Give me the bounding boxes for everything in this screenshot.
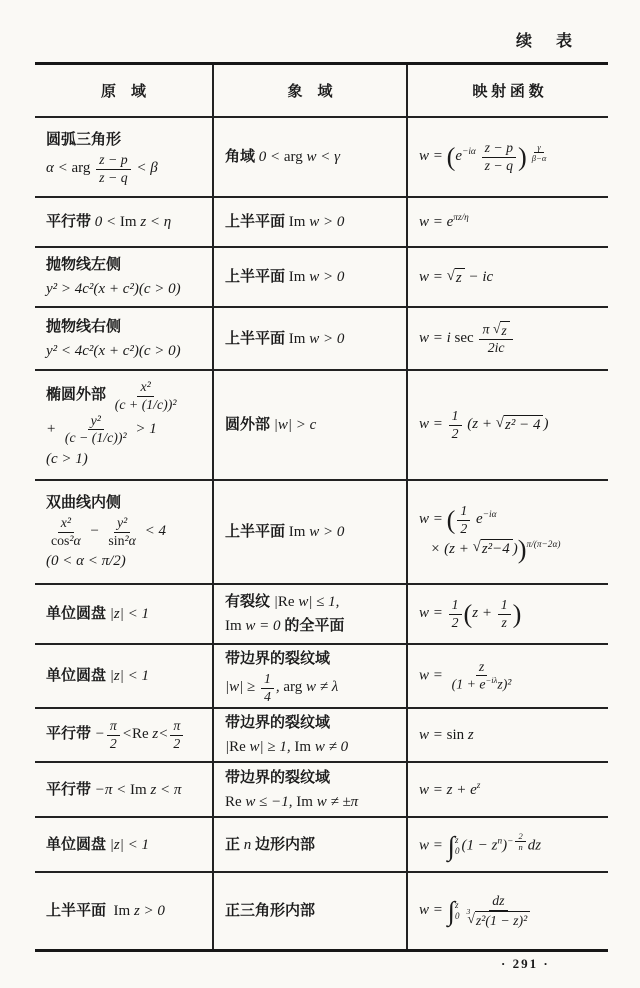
math-text: 1 (452, 597, 459, 612)
column-header-label: 映 射 函 数 (472, 80, 543, 101)
column-header-label: 象 域 (287, 80, 332, 101)
math-text: n (518, 842, 522, 852)
cell-content: 双曲线内侧x²cos²α − y²sin²α < 4(0 < α < π/2) (46, 491, 166, 573)
fraction: 12 (457, 503, 470, 537)
cell-content: 带边界的裂纹域|w| ≥ 14, arg w ≠ λ (225, 647, 338, 705)
superscript: π/(π−2α) (527, 540, 561, 550)
text: 单位圆盘 (46, 668, 110, 684)
math-text: + (46, 421, 60, 437)
fraction: dz3√z²(1 − z)² (464, 893, 534, 929)
cell-content: w = ∫z0dz3√z²(1 − z)² (419, 893, 535, 929)
cell-original-domain: 双曲线内侧x²cos²α − y²sin²α < 4(0 < α < π/2) (35, 481, 212, 585)
math-text: 2 (173, 736, 180, 751)
integral: ∫z0 (448, 900, 460, 923)
math-text: < 4 (141, 523, 166, 539)
cell-image-domain: 角域 0 < arg w < γ (212, 118, 406, 198)
math-roman: Im (296, 794, 316, 810)
math-text: ²α (69, 533, 80, 548)
cell-content: w = 12(z + 1z) (419, 597, 521, 631)
continued-table-label: 续 表 (516, 28, 582, 51)
math-text: β−α (532, 153, 547, 163)
math-text: w ≠ λ (306, 679, 338, 695)
cell-content: w = √z − ic (419, 265, 493, 289)
math-text: |z| < 1 (110, 837, 149, 853)
math-text: z (501, 323, 506, 338)
text: 的全平面 (284, 618, 344, 634)
math-text: z²−4 (482, 541, 510, 557)
math-text: (c + (1/c))² (115, 397, 177, 412)
text: 上半平面 (225, 331, 289, 347)
math-text: −iα (462, 147, 476, 157)
cell-content: 平行带 0 < Im z < η (46, 210, 171, 234)
math-text: 1 (452, 408, 459, 423)
math-text: −iα (483, 510, 497, 520)
math-text: z²(1 − z)² (476, 913, 527, 928)
fraction: y²(c − (1/c))² (62, 413, 130, 447)
cell-content: w = 12 (z + √z² − 4) (419, 408, 548, 442)
superscript: −iα (462, 147, 476, 157)
text: 角域 (225, 149, 259, 165)
cell-image-domain: 有裂纹 |Re w| ≤ 1,Im w = 0 的全平面 (212, 585, 406, 645)
cell-mapping-function: w = sin z (406, 709, 608, 763)
math-text: z)² (497, 677, 511, 692)
math-text: w > 0 (309, 331, 344, 347)
math-text: γ (537, 142, 540, 152)
cell-mapping-function: w = z + ez (406, 763, 608, 818)
text: 带边界的裂纹域 (225, 651, 330, 667)
cell-content: w = (e−iα z − pz − q)γβ−α (419, 140, 551, 174)
math-text: − (95, 726, 105, 742)
math-roman: Im (289, 331, 309, 347)
text: 双曲线内侧 (46, 495, 121, 511)
cell-content: w = ∫z0(1 − zn)−2ndz (419, 831, 541, 858)
math-text: w < γ (307, 149, 341, 165)
math-text: 1 (501, 597, 508, 612)
text: 平行带 (46, 726, 95, 742)
math-text: π (482, 321, 492, 336)
math-text: |w| > c (274, 417, 317, 433)
column-header: 象 域 (212, 65, 406, 118)
cell-content: w = z + ez (419, 778, 480, 802)
text: 有裂纹 (225, 594, 274, 610)
math-roman: Im (114, 903, 134, 919)
math-text: (1 − z (462, 838, 498, 854)
fraction: x²(c + (1/c))² (112, 379, 180, 413)
math-text: w = (419, 148, 447, 164)
math-text: z − p (99, 152, 127, 167)
paren: ) (513, 600, 522, 629)
math-text: × (z + (419, 541, 473, 557)
text: 带边界的裂纹域 (225, 715, 330, 731)
math-text: < β (133, 160, 158, 176)
cell-image-domain: 上半平面 Im w > 0 (212, 198, 406, 248)
math-text: |z| < 1 (110, 668, 149, 684)
page-number: · 291 · (501, 956, 550, 972)
math-text: (z + (464, 416, 496, 432)
fraction: 14 (261, 671, 274, 705)
superscript: −iα (483, 510, 497, 520)
cell-mapping-function: w = eπz/η (406, 198, 608, 248)
math-text: ²α (125, 533, 136, 548)
radical: √z² − 4 (496, 415, 544, 435)
cell-content: 圆弧三角形α < arg z − pz − q < β (46, 128, 158, 186)
math-text: 4 (264, 689, 271, 704)
cell-image-domain: 上半平面 Im w > 0 (212, 308, 406, 371)
math-text: z > 0 (134, 903, 165, 919)
cell-original-domain: 平行带 −π < Im z < π (35, 763, 212, 818)
math-text: z² − 4 (505, 417, 540, 433)
math-roman: sin (447, 727, 468, 743)
math-text: x² (61, 515, 71, 530)
text: 平行带 (46, 214, 95, 230)
math-text: dz (528, 838, 541, 854)
math-text: 2 (460, 521, 467, 536)
math-text: w| ≤ 1, (298, 594, 339, 610)
math-text: 0 < (259, 149, 284, 165)
math-text: (0 < α < π/2) (46, 553, 126, 569)
cell-content: w = (12 e−iα × (z + √z²−4))π/(π−2α) (419, 503, 560, 561)
cell-content: 抛物线左侧y² > 4c²(x + c²)(c > 0) (46, 253, 181, 301)
superscript: γβ−α (527, 147, 552, 157)
text: 上半平面 (46, 903, 114, 919)
cell-original-domain: 抛物线右侧y² < 4c²(x + c²)(c > 0) (35, 308, 212, 371)
math-text: (c − (1/c))² (65, 430, 127, 445)
cell-original-domain: 上半平面 Im z > 0 (35, 873, 212, 949)
math-text: 2 (452, 426, 459, 441)
cell-mapping-function: w = √z − ic (406, 248, 608, 308)
text: 抛物线左侧 (46, 257, 121, 273)
column-header: 映 射 函 数 (406, 65, 608, 118)
fraction: π2 (170, 718, 183, 752)
math-text: ) (543, 416, 548, 432)
cell-image-domain: 上半平面 Im w > 0 (212, 248, 406, 308)
math-roman: Im (130, 782, 150, 798)
math-text: w ≠ 0 (315, 739, 348, 755)
math-text: z (468, 727, 474, 743)
math-text: π/(π−2α) (527, 540, 561, 550)
cell-content: 单位圆盘 |z| < 1 (46, 602, 149, 626)
math-text: dz (492, 893, 504, 908)
cell-content: 上半平面 Im w > 0 (225, 327, 344, 351)
paren: ) (518, 143, 527, 172)
math-text: w ≤ −1, (245, 794, 296, 810)
math-text: πz/η (453, 213, 468, 223)
fraction: z(1 + e−iλz)² (449, 659, 515, 693)
cell-content: w = sin z (419, 723, 474, 747)
math-text: y² < 4c²(x + c²)(c > 0) (46, 343, 181, 359)
math-text: z + (472, 605, 495, 621)
cell-original-domain: 平行带 −π2<Re z<π2 (35, 709, 212, 763)
math-text: z − p (485, 140, 513, 155)
math-text: w = (419, 416, 447, 432)
fraction: 12 (449, 597, 462, 631)
math-text: 2 (452, 615, 459, 630)
math-text: (1 + e (452, 677, 486, 692)
text: 上半平面 (225, 214, 289, 230)
math-text: w = (419, 269, 447, 285)
math-text: y² (91, 413, 101, 428)
math-text: α < (46, 160, 72, 176)
fraction: x²cos²α (48, 515, 84, 549)
math-roman: sec (455, 330, 478, 346)
scanned-book-page: { "page": { "continued_label": "续 表", "p… (0, 0, 640, 988)
cell-original-domain: 平行带 0 < Im z < η (35, 198, 212, 248)
text: 单位圆盘 (46, 606, 110, 622)
math-text: w = e (419, 214, 453, 230)
cell-mapping-function: w = (e−iα z − pz − q)γβ−α (406, 118, 608, 198)
math-text: z (456, 270, 462, 286)
math-roman: Im (225, 618, 245, 634)
math-text: x² (140, 379, 150, 394)
math-text: −iλ (485, 675, 497, 685)
cell-original-domain: 单位圆盘 |z| < 1 (35, 645, 212, 709)
integral: ∫z0 (448, 835, 460, 858)
cell-content: 平行带 −π2<Re z<π2 (46, 718, 185, 752)
math-text: e (472, 511, 482, 527)
math-text: < (122, 726, 132, 742)
math-text: |w| ≥ (225, 679, 259, 695)
cell-content: 单位圆盘 |z| < 1 (46, 833, 149, 857)
math-roman: Re (132, 726, 152, 742)
math-roman: Im (289, 269, 309, 285)
math-text: w > 0 (309, 269, 344, 285)
cell-content: 单位圆盘 |z| < 1 (46, 664, 149, 688)
math-text: > 1 (132, 421, 157, 437)
paren: ( (447, 506, 456, 535)
radical: 3√z²(1 − z)² (467, 911, 531, 929)
math-text: 2 (518, 831, 522, 841)
math-roman: Im (289, 524, 309, 540)
math-text: − (86, 523, 104, 539)
text: 上半平面 (225, 524, 289, 540)
mapping-table: 原 域象 域映 射 函 数圆弧三角形α < arg z − pz − q < β… (35, 62, 608, 952)
cell-content: 角域 0 < arg w < γ (225, 145, 340, 169)
text: 边形内部 (251, 837, 315, 853)
math-text: z (479, 659, 484, 674)
cell-content: 上半平面 Im w > 0 (225, 210, 344, 234)
cell-image-domain: 带边界的裂纹域Re w ≤ −1, Im w ≠ ±π (212, 763, 406, 818)
paren: ( (464, 600, 473, 629)
math-roman: Re (229, 739, 249, 755)
cell-image-domain: 上半平面 Im w > 0 (212, 481, 406, 585)
math-text: 2ic (488, 340, 505, 355)
cell-image-domain: 带边界的裂纹域|w| ≥ 14, arg w ≠ λ (212, 645, 406, 709)
cell-content: 正三角形内部 (225, 899, 315, 923)
math-roman: cos (51, 533, 69, 548)
math-text: π (110, 718, 117, 733)
math-text: w = (419, 902, 447, 918)
cell-content: 有裂纹 |Re w| ≤ 1,Im w = 0 的全平面 (225, 590, 344, 638)
fraction: z − pz − q (96, 152, 130, 186)
math-roman: arg (72, 160, 95, 176)
math-text: (c > 1) (46, 451, 88, 467)
math-text: w = i (419, 330, 455, 346)
column-header: 原 域 (35, 65, 212, 118)
cell-original-domain: 单位圆盘 |z| < 1 (35, 818, 212, 873)
math-roman: arg (283, 679, 306, 695)
cell-content: 圆外部 |w| > c (225, 413, 316, 437)
math-roman: Re (225, 794, 245, 810)
cell-mapping-function: w = i sec π √z2ic (406, 308, 608, 371)
text: 圆弧三角形 (46, 132, 121, 148)
cell-image-domain: 正 n 边形内部 (212, 818, 406, 873)
cell-content: 带边界的裂纹域|Re w| ≥ 1, Im w ≠ 0 (225, 711, 348, 759)
cell-content: 正 n 边形内部 (225, 833, 315, 857)
cell-original-domain: 椭圆外部 x²(c + (1/c))²+ y²(c − (1/c))² > 1(… (35, 371, 212, 481)
math-text: − (507, 837, 513, 847)
cell-original-domain: 单位圆盘 |z| < 1 (35, 585, 212, 645)
cell-mapping-function: w = 12 (z + √z² − 4) (406, 371, 608, 481)
superscript: −iλ (485, 675, 497, 685)
math-text: w ≠ ±π (317, 794, 358, 810)
math-text: z (477, 781, 481, 791)
cell-image-domain: 带边界的裂纹域|Re w| ≥ 1, Im w ≠ 0 (212, 709, 406, 763)
math-text: z< (152, 726, 168, 742)
math-text: w = (419, 838, 447, 854)
math-text: 1 (460, 503, 467, 518)
text: 圆外部 (225, 417, 274, 433)
math-text: y² > 4c²(x + c²)(c > 0) (46, 281, 181, 297)
math-roman: Im (289, 214, 309, 230)
math-text: z < π (150, 782, 181, 798)
math-text: w = (419, 511, 447, 527)
radical: √z²−4 (473, 539, 513, 559)
superscript: −2n (507, 837, 528, 847)
math-text: w = (419, 667, 447, 683)
math-text: −π < (95, 782, 130, 798)
math-text: w = z + e (419, 782, 477, 798)
fraction: π2 (107, 718, 120, 752)
fraction: 2n (515, 831, 525, 852)
math-text: − ic (465, 269, 493, 285)
math-text: π (173, 718, 180, 733)
math-text: w = (419, 605, 447, 621)
math-text: 0 < (95, 214, 120, 230)
cell-content: 上半平面 Im z > 0 (46, 899, 165, 923)
cell-mapping-function: w = 12(z + 1z) (406, 585, 608, 645)
cell-mapping-function: w = ∫z0(1 − zn)−2ndz (406, 818, 608, 873)
cell-content: 上半平面 Im w > 0 (225, 520, 344, 544)
cell-mapping-function: w = z(1 + e−iλz)² (406, 645, 608, 709)
cell-content: 上半平面 Im w > 0 (225, 265, 344, 289)
math-text (476, 148, 480, 164)
text: 上半平面 (225, 269, 289, 285)
text: 平行带 (46, 782, 95, 798)
text: 正 (225, 837, 244, 853)
cell-original-domain: 圆弧三角形α < arg z − pz − q < β (35, 118, 212, 198)
paren: ) (518, 535, 527, 564)
math-roman: Im (294, 739, 314, 755)
math-text: w > 0 (309, 214, 344, 230)
math-text: y² (117, 515, 127, 530)
cell-content: w = i sec π √z2ic (419, 321, 515, 357)
cell-original-domain: 抛物线左侧y² > 4c²(x + c²)(c > 0) (35, 248, 212, 308)
math-roman: Im (120, 214, 140, 230)
cell-content: w = z(1 + e−iλz)² (419, 659, 516, 693)
superscript: πz/η (453, 213, 468, 223)
cell-content: 抛物线右侧y² < 4c²(x + c²)(c > 0) (46, 315, 181, 363)
math-roman: Re (278, 594, 298, 610)
math-text: w = (419, 727, 447, 743)
math-text: z < η (140, 214, 171, 230)
text: 单位圆盘 (46, 837, 110, 853)
cell-content: 椭圆外部 x²(c + (1/c))²+ y²(c − (1/c))² > 1(… (46, 379, 181, 470)
math-text: 1 (264, 671, 271, 686)
math-text: z (502, 615, 507, 630)
cell-content: 带边界的裂纹域Re w ≤ −1, Im w ≠ ±π (225, 766, 358, 814)
column-header-label: 原 域 (101, 80, 146, 101)
text: 抛物线右侧 (46, 319, 121, 335)
math-text: w| ≥ 1, (250, 739, 295, 755)
cell-image-domain: 正三角形内部 (212, 873, 406, 949)
text: 正三角形内部 (225, 903, 315, 919)
cell-mapping-function: w = (12 e−iα × (z + √z²−4))π/(π−2α) (406, 481, 608, 585)
fraction: 12 (449, 408, 462, 442)
cell-mapping-function: w = ∫z0dz3√z²(1 − z)² (406, 873, 608, 949)
math-roman: sin (108, 533, 124, 548)
cell-image-domain: 圆外部 |w| > c (212, 371, 406, 481)
math-text: w = 0 (245, 618, 284, 634)
math-text: z − q (99, 170, 127, 185)
text: 椭圆外部 (46, 388, 110, 404)
fraction: y²sin²α (105, 515, 139, 549)
math-text: w > 0 (309, 524, 344, 540)
cell-content: 平行带 −π < Im z < π (46, 778, 181, 802)
math-text: z − q (485, 158, 513, 173)
superscript: z (477, 781, 481, 791)
radical: √z (447, 268, 465, 288)
math-text: 2 (110, 736, 117, 751)
math-text: |z| < 1 (110, 606, 149, 622)
fraction: π √z2ic (479, 321, 512, 357)
fraction: z − pz − q (482, 140, 516, 174)
text: 带边界的裂纹域 (225, 770, 330, 786)
math-roman: arg (284, 149, 307, 165)
cell-content: w = eπz/η (419, 210, 469, 234)
fraction: γβ−α (529, 142, 550, 163)
radical: √z (493, 321, 510, 339)
fraction: 1z (498, 597, 511, 631)
